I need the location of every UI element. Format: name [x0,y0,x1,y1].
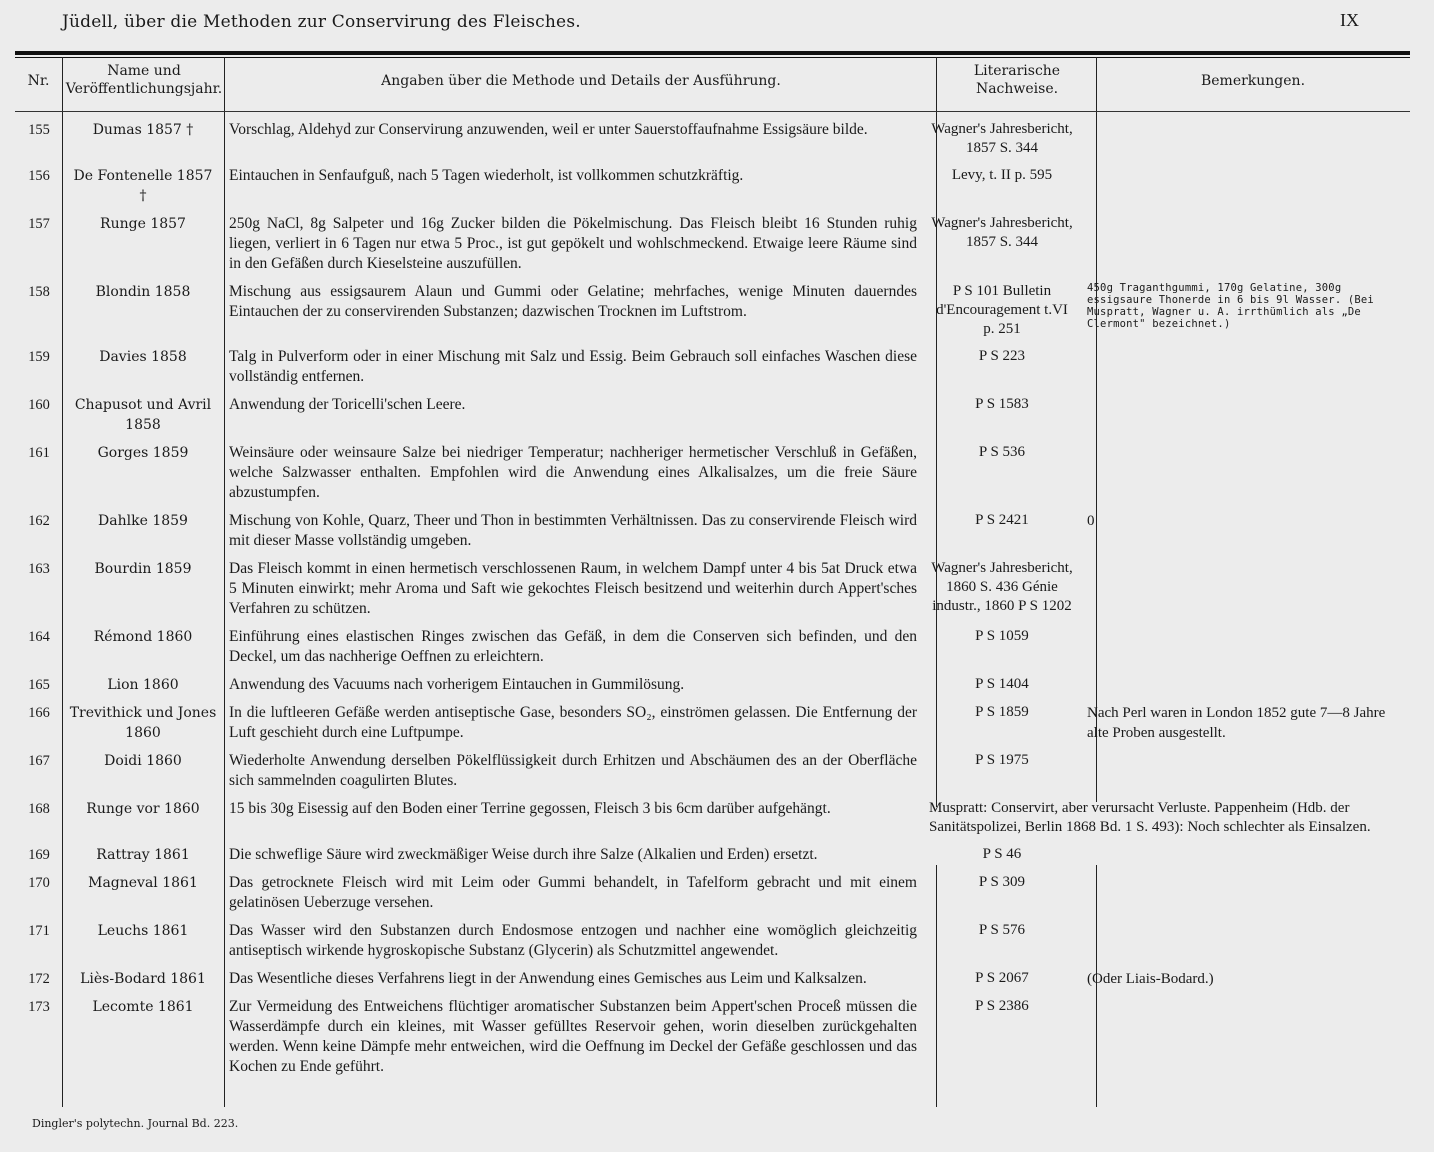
row-description: Das Wasser wird den Substanzen durch End… [223,921,923,969]
table-row: 163Bourdin 1859Das Fleisch kommt in eine… [15,559,1410,627]
row-remark [1081,997,1410,1085]
table-row: 171Leuchs 1861Das Wasser wird den Substa… [15,921,1410,969]
row-remark [1081,921,1410,969]
table-row: 170Magneval 1861Das getrocknete Fleisch … [15,873,1410,921]
row-description: 250g NaCl, 8g Salpeter und 16g Zucker bi… [223,214,923,282]
row-literature: Wagner's Jahresbericht, 1857 S. 344 [923,120,1081,166]
table-row: 157Runge 1857250g NaCl, 8g Salpeter und … [15,214,1410,282]
row-literature: P S 1404 [923,675,1081,703]
page-title: Jüdell, über die Methoden zur Conserviru… [62,12,581,32]
table-row: 164Rémond 1860Einführung eines elastisch… [15,627,1410,675]
row-number: 171 [15,921,63,969]
row-remark [1081,347,1410,395]
row-description: Das Fleisch kommt in einen hermetisch ve… [223,559,923,627]
table-row: 168Runge vor 186015 bis 30g Eisessig auf… [15,799,1410,845]
col-header-lit: Literarische Nachweise. [938,62,1096,98]
row-remark [1081,873,1410,921]
row-literature: P S 46 [923,845,1081,873]
row-literature: P S 1975 [923,751,1081,799]
row-number: 173 [15,997,63,1085]
page-footer: Dingler's polytechn. Journal Bd. 223. [32,1117,238,1130]
row-description: Eintauchen in Senfaufguß, nach 5 Tagen w… [223,166,923,214]
table-row: 155Dumas 1857 †Vorschlag, Aldehyd zur Co… [15,120,1410,166]
row-name-year: Chapusot und Avril 1858 [63,395,223,443]
table-row: 167Doidi 1860Wiederholte Anwendung derse… [15,751,1410,799]
row-name-year: Trevithick und Jones 1860 [63,703,223,751]
row-description: Weinsäure oder weinsaure Salze bei niedr… [223,443,923,511]
row-name-year: De Fontenelle 1857 † [63,166,223,214]
row-description: Anwendung der Toricelli'schen Leere. [223,395,923,443]
row-description: Die schweflige Säure wird zweckmäßiger W… [223,845,923,873]
row-description: Talg in Pulverform oder in einer Mischun… [223,347,923,395]
row-remark [1081,559,1410,627]
row-literature: Wagner's Jahresbericht, 1857 S. 344 [923,214,1081,282]
row-remark [1081,120,1410,166]
col-header-nr: Nr. [15,72,62,90]
row-remark [1081,395,1410,443]
table-row: 166Trevithick und Jones 1860In die luftl… [15,703,1410,751]
row-remark [1081,443,1410,511]
row-wide-remark: Muspratt: Conservirt, aber verursacht Ve… [923,799,1410,845]
row-literature: P S 1583 [923,395,1081,443]
row-literature: P S 2386 [923,997,1081,1085]
row-number: 168 [15,799,63,845]
row-name-year: Lecomte 1861 [63,997,223,1085]
row-number: 160 [15,395,63,443]
row-literature: P S 1859 [923,703,1081,751]
row-description: Zur Vermeidung des Entweichens flüchtige… [223,997,923,1085]
row-literature: P S 101 Bulletin d'Encouragement t.VI p.… [923,282,1081,347]
row-name-year: Blondin 1858 [63,282,223,347]
row-remark: (Oder Liais-Bodard.) [1081,969,1410,997]
row-number: 157 [15,214,63,282]
row-literature: P S 536 [923,443,1081,511]
row-number: 170 [15,873,63,921]
row-number: 161 [15,443,63,511]
table-row: 160Chapusot und Avril 1858Anwendung der … [15,395,1410,443]
row-number: 155 [15,120,63,166]
table-row: 159Davies 1858Talg in Pulverform oder in… [15,347,1410,395]
row-description: Vorschlag, Aldehyd zur Conservirung anzu… [223,120,923,166]
col-header-desc: Angaben über die Methode und Details der… [226,72,936,90]
row-number: 166 [15,703,63,751]
row-remark [1081,751,1410,799]
row-description: Anwendung des Vacuums nach vorherigem Ei… [223,675,923,703]
col-header-name: Name und Veröffentlichungsjahr. [64,62,224,98]
row-remark [1081,627,1410,675]
row-description: 15 bis 30g Eisessig auf den Boden einer … [223,799,923,845]
row-name-year: Runge 1857 [63,214,223,282]
row-number: 165 [15,675,63,703]
table-row: 165Lion 1860Anwendung des Vacuums nach v… [15,675,1410,703]
page-number: IX [1340,10,1359,31]
row-number: 163 [15,559,63,627]
row-number: 164 [15,627,63,675]
col-header-rem: Bemerkungen. [1098,72,1408,90]
row-literature: Levy, t. II p. 595 [923,166,1081,214]
row-name-year: Runge vor 1860 [63,799,223,845]
table-row: 161Gorges 1859Weinsäure oder weinsaure S… [15,443,1410,511]
row-number: 159 [15,347,63,395]
row-name-year: Liès-Bodard 1861 [63,969,223,997]
table-row: 172Liès-Bodard 1861Das Wesentliche diese… [15,969,1410,997]
table-row: 158Blondin 1858Mischung aus essigsaurem … [15,282,1410,347]
row-name-year: Dumas 1857 † [63,120,223,166]
row-number: 167 [15,751,63,799]
row-remark: 450g Traganthgummi, 170g Gelatine, 300g … [1081,282,1410,347]
row-name-year: Rémond 1860 [63,627,223,675]
row-number: 169 [15,845,63,873]
row-name-year: Rattray 1861 [63,845,223,873]
row-number: 156 [15,166,63,214]
row-literature: P S 576 [923,921,1081,969]
row-remark: Nach Perl waren in London 1852 gute 7—8 … [1081,703,1410,751]
table-row: 173Lecomte 1861Zur Vermeidung des Entwei… [15,997,1410,1085]
row-description: Wiederholte Anwendung derselben Pökelflü… [223,751,923,799]
row-description: Mischung aus essigsaurem Alaun und Gummi… [223,282,923,347]
row-description: Das getrocknete Fleisch wird mit Leim od… [223,873,923,921]
row-literature: Wagner's Jahresbericht, 1860 S. 436 Géni… [923,559,1081,627]
row-literature: P S 2421 [923,511,1081,559]
row-remark [1081,214,1410,282]
row-name-year: Davies 1858 [63,347,223,395]
row-name-year: Magneval 1861 [63,873,223,921]
row-name-year: Leuchs 1861 [63,921,223,969]
methods-table: 155Dumas 1857 †Vorschlag, Aldehyd zur Co… [15,120,1410,1085]
table-row: 169Rattray 1861Die schweflige Säure wird… [15,845,1410,873]
row-number: 162 [15,511,63,559]
row-name-year: Gorges 1859 [63,443,223,511]
row-number: 158 [15,282,63,347]
row-description: Das Wesentliche dieses Verfahrens liegt … [223,969,923,997]
row-description: Einführung eines elastischen Ringes zwis… [223,627,923,675]
row-literature: P S 2067 [923,969,1081,997]
row-literature: P S 223 [923,347,1081,395]
row-literature: P S 1059 [923,627,1081,675]
row-name-year: Bourdin 1859 [63,559,223,627]
row-name-year: Lion 1860 [63,675,223,703]
table-row: 156De Fontenelle 1857 †Eintauchen in Sen… [15,166,1410,214]
row-name-year: Dahlke 1859 [63,511,223,559]
row-literature: P S 309 [923,873,1081,921]
row-description: In die luftleeren Gefäße werden antisept… [223,703,923,751]
row-number: 172 [15,969,63,997]
row-remark [1081,845,1410,873]
table-row: 162Dahlke 1859Mischung von Kohle, Quarz,… [15,511,1410,559]
header-bottom-rule [15,111,1410,112]
row-remark: 0 [1081,511,1410,559]
row-description: Mischung von Kohle, Quarz, Theer und Tho… [223,511,923,559]
row-remark [1081,166,1410,214]
row-remark [1081,675,1410,703]
row-name-year: Doidi 1860 [63,751,223,799]
